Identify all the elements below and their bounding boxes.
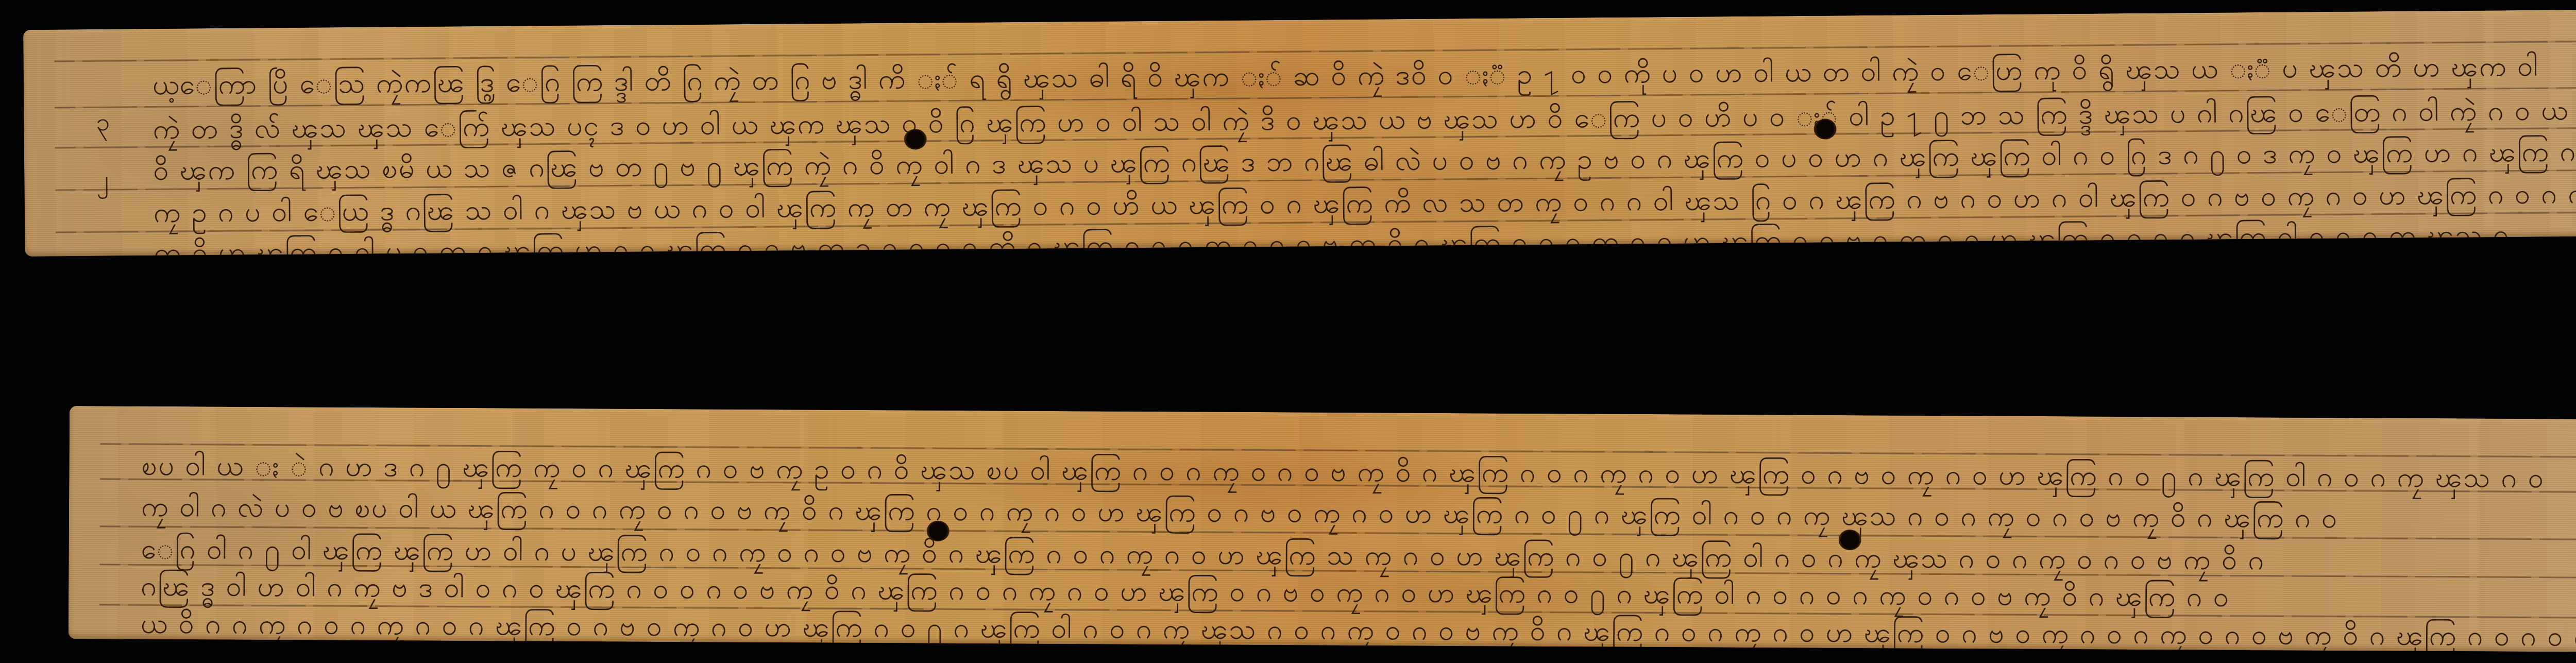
text-line-2: ကၠဲ တ ဒ္ဓိ လ် ၾသ ၾသ ေက်ြ ၾသ ပၚ ဒ ဝ ဟ ဝါ … (152, 95, 2576, 143)
palm-leaf-folio-top: ၃ ၂ ယ့ေကြာ ပြိ ေသြ ကၠဲကၽြ ဒ္ဂြ ေဂြ ကြ ဒ္… (23, 9, 2576, 257)
palm-leaf-folio-bottom: ၿပ ဝါ ယ ႏ ဲ ဂ ဟ ဒ ဂ ႐ ၾကြ ကၠ ဝ ဂ ၾကြ ဂ ဝ… (69, 406, 2576, 652)
binding-hole-left (904, 129, 927, 149)
binding-hole-left (927, 521, 950, 541)
text-line-1: ၿပ ဝါ ယ ႏ ဲ ဂ ဟ ဒ ဂ ႐ ၾကြ ကၠ ဝ ဂ ၾကြ ဂ ဝ… (141, 452, 2545, 492)
text-line-1: ယ့ေကြာ ပြိ ေသြ ကၠဲကၽြ ဒ္ဂြ ေဂြ ကြ ဒ္ဒါ တ… (152, 53, 2539, 99)
text-line-3: ေဂြ ဝါ ဂ ႐ ဝါ ၾကြ ၾကြ ဟ ဝါ ဂ ပ ၾကြ ဂ ဝ ဂ… (141, 535, 2265, 574)
binding-hole-right (1839, 530, 1861, 550)
text-line-4: ဂၽြ ဒ္ဓ ဝါ ဟ ဝါ ဂ ကၠ ဗ ဒ ဝါ ဝ ဂ ဝ ၾကြ ဂ … (141, 572, 2230, 611)
text-line-2: ကၠ ဝါ ဂ လဲ ပ ဝ ဗ ၿပ ဝါ ယ ၾကြ ဂ ဝ ဂ ကၠ ဝ … (141, 493, 2338, 532)
folio-number-1: ၃ (96, 107, 110, 143)
folio-number-2: ၂ (96, 164, 109, 200)
binding-hole-right (1814, 118, 1836, 139)
